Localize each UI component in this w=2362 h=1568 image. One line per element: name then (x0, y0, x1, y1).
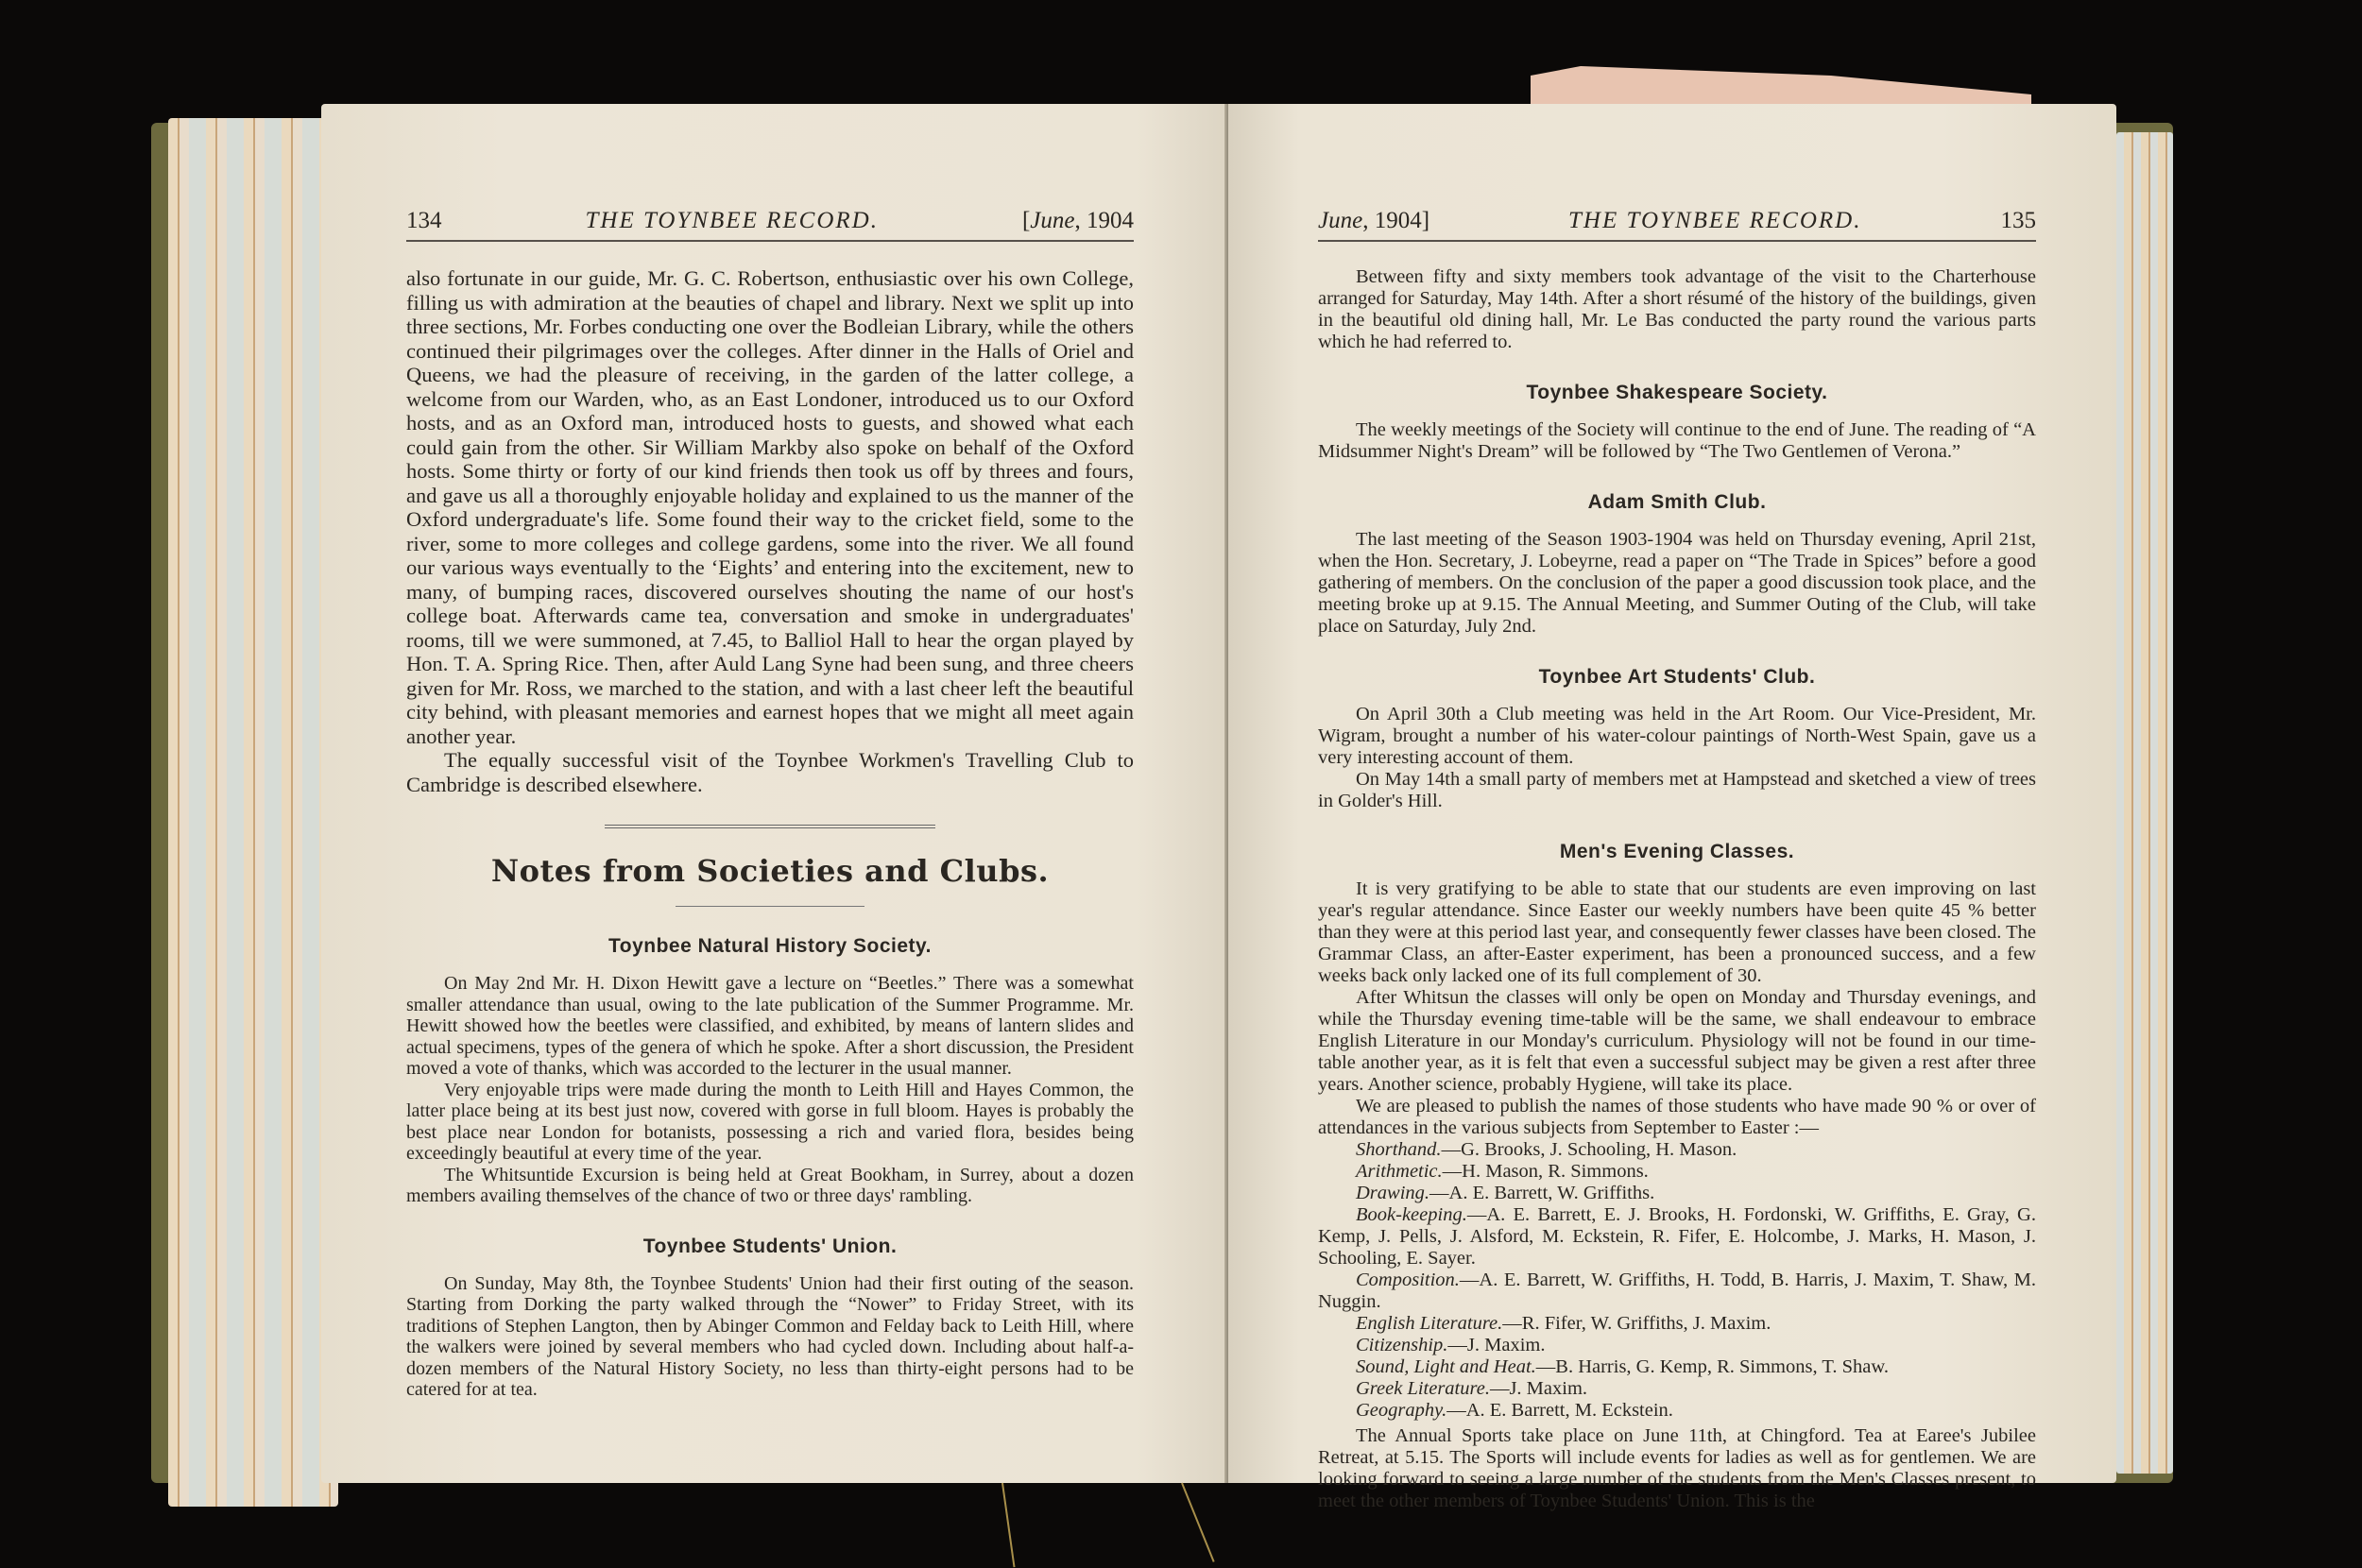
divider-rule (676, 906, 864, 907)
heading-evening-classes: Men's Evening Classes. (1318, 841, 2036, 863)
left-page: 134 THE TOYNBEE RECORD. [June, 1904 also… (321, 104, 1228, 1483)
paragraph: On May 2nd Mr. H. Dixon Hewitt gave a le… (406, 973, 1134, 1080)
attendance-entry: Arithmetic.—H. Mason, R. Simmons. (1318, 1161, 2036, 1183)
attendance-entry: Greek Literature.—J. Maxim. (1318, 1378, 2036, 1400)
attendance-entry: Citizenship.—J. Maxim. (1318, 1335, 2036, 1356)
paragraph: On April 30th a Club meeting was held in… (1318, 704, 2036, 769)
right-page: June, 1904] THE TOYNBEE RECORD. 135 Betw… (1228, 104, 2116, 1483)
section-title: Notes from Societies and Clubs. (406, 853, 1134, 889)
attendance-entry: English Literature.—R. Fifer, W. Griffit… (1318, 1313, 2036, 1335)
paragraph-cambridge-note: The equally successful visit of the Toyn… (406, 748, 1134, 796)
attendance-entry: Shorthand.—G. Brooks, J. Schooling, H. M… (1318, 1139, 2036, 1161)
heading-adam-smith: Adam Smith Club. (1318, 491, 2036, 514)
paragraph: The Whitsuntide Excursion is being held … (406, 1165, 1134, 1207)
attendance-entry: Composition.—A. E. Barrett, W. Griffiths… (1318, 1270, 2036, 1313)
page-stack-right (2116, 132, 2173, 1474)
paragraph: We are pleased to publish the names of t… (1318, 1096, 2036, 1139)
paragraph: On Sunday, May 8th, the Toynbee Students… (406, 1273, 1134, 1401)
running-head-right: June, 1904] THE TOYNBEE RECORD. 135 (1318, 208, 2036, 242)
loose-thread (1181, 1483, 1215, 1562)
heading-natural-history: Toynbee Natural History Society. (406, 935, 1134, 958)
journal-title: THE TOYNBEE RECORD. (1568, 208, 1861, 234)
divider-double-rule (605, 825, 935, 828)
paragraph: The last meeting of the Season 1903-1904… (1318, 529, 2036, 638)
heading-students-union: Toynbee Students' Union. (406, 1236, 1134, 1258)
paragraph: After Whitsun the classes will only be o… (1318, 987, 2036, 1096)
paragraph: On May 14th a small party of members met… (1318, 769, 2036, 812)
paragraph: It is very gratifying to be able to stat… (1318, 878, 2036, 987)
attendance-entry: Geography.—A. E. Barrett, M. Eckstein. (1318, 1400, 2036, 1422)
paragraph-charterhouse: Between fifty and sixty members took adv… (1318, 266, 2036, 353)
attendance-entry: Book-keeping.—A. E. Barrett, E. J. Brook… (1318, 1204, 2036, 1270)
attendance-entry: Sound, Light and Heat.—B. Harris, G. Kem… (1318, 1356, 2036, 1378)
heading-shakespeare: Toynbee Shakespeare Society. (1318, 382, 2036, 404)
attendance-entry: Drawing.—A. E. Barrett, W. Griffiths. (1318, 1183, 2036, 1204)
heading-art-students: Toynbee Art Students' Club. (1318, 666, 2036, 689)
attendance-list: Shorthand.—G. Brooks, J. Schooling, H. M… (1318, 1139, 2036, 1422)
page-stack-left (168, 118, 338, 1507)
page-number: 135 (2000, 208, 2036, 234)
page-number: 134 (406, 208, 442, 234)
paragraph: The weekly meetings of the Society will … (1318, 419, 2036, 463)
paragraph: Very enjoyable trips were made during th… (406, 1080, 1134, 1165)
running-head-left: 134 THE TOYNBEE RECORD. [June, 1904 (406, 208, 1134, 242)
paragraph-annual-sports: The Annual Sports take place on June 11t… (1318, 1425, 2036, 1512)
paragraph-oxford-visit: also fortunate in our guide, Mr. G. C. R… (406, 266, 1134, 748)
issue-date: June, 1904] (1318, 208, 1429, 234)
loose-thread (1001, 1483, 1016, 1567)
issue-date: [June, 1904 (1022, 208, 1134, 234)
journal-title: THE TOYNBEE RECORD. (585, 208, 878, 234)
